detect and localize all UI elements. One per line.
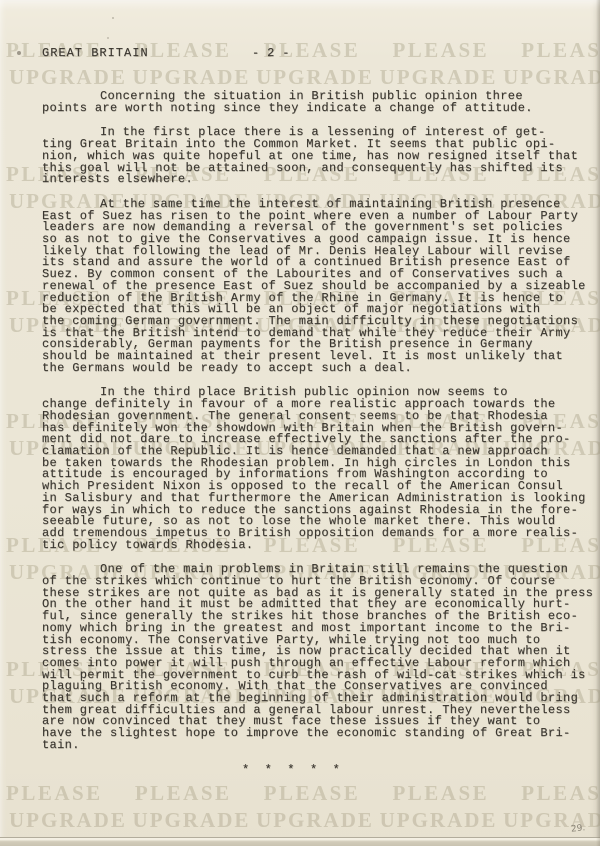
section-title: GREAT BRITAIN — [42, 46, 149, 60]
page-number: - 2 - — [252, 48, 290, 60]
paragraph: In the first place there is a lessening … — [42, 127, 595, 186]
watermark-word: UPGRADE — [256, 808, 374, 833]
watermark-word: UPGRADE — [9, 808, 127, 833]
watermark-row: UPGRADEUPGRADEUPGRADEUPGRADEUPGRADE — [0, 808, 600, 833]
scan-edge-right — [596, 0, 600, 846]
scanned-page: PLEASEPLEASEPLEASEPLEASEPLEASEUPGRADEUPG… — [0, 0, 600, 846]
watermark-word: UPGRADE — [380, 808, 498, 833]
watermark-word: UPGRADE — [133, 808, 251, 833]
pencil-page-note: 29. — [570, 823, 585, 834]
scan-speck — [107, 37, 109, 39]
pencil-speck-mark — [17, 51, 21, 55]
watermark-word: PLEASE — [521, 781, 600, 806]
scan-edge-bottom — [0, 837, 600, 846]
paragraph: At the same time the interest of maintai… — [42, 199, 595, 375]
watermark-word: PLEASE — [392, 781, 489, 806]
watermark-word: PLEASE — [135, 781, 232, 806]
paragraph: Concerning the situation in British publ… — [42, 91, 595, 114]
document-body: Concerning the situation in British publ… — [42, 91, 595, 752]
watermark-word: PLEASE — [6, 781, 103, 806]
watermark-row: PLEASEPLEASEPLEASEPLEASEPLEASE — [0, 781, 600, 806]
page-header: GREAT BRITAIN - 2 - — [42, 48, 595, 60]
scan-speck — [112, 17, 114, 19]
paragraph: In the third place British public opinio… — [42, 387, 595, 551]
typed-content: GREAT BRITAIN - 2 - Concerning the situa… — [42, 48, 595, 776]
watermark-word: PLEASE — [264, 781, 361, 806]
asterisk-separator: * * * * * — [242, 765, 595, 777]
paragraph: One of the main problems in Britain stil… — [42, 564, 595, 751]
